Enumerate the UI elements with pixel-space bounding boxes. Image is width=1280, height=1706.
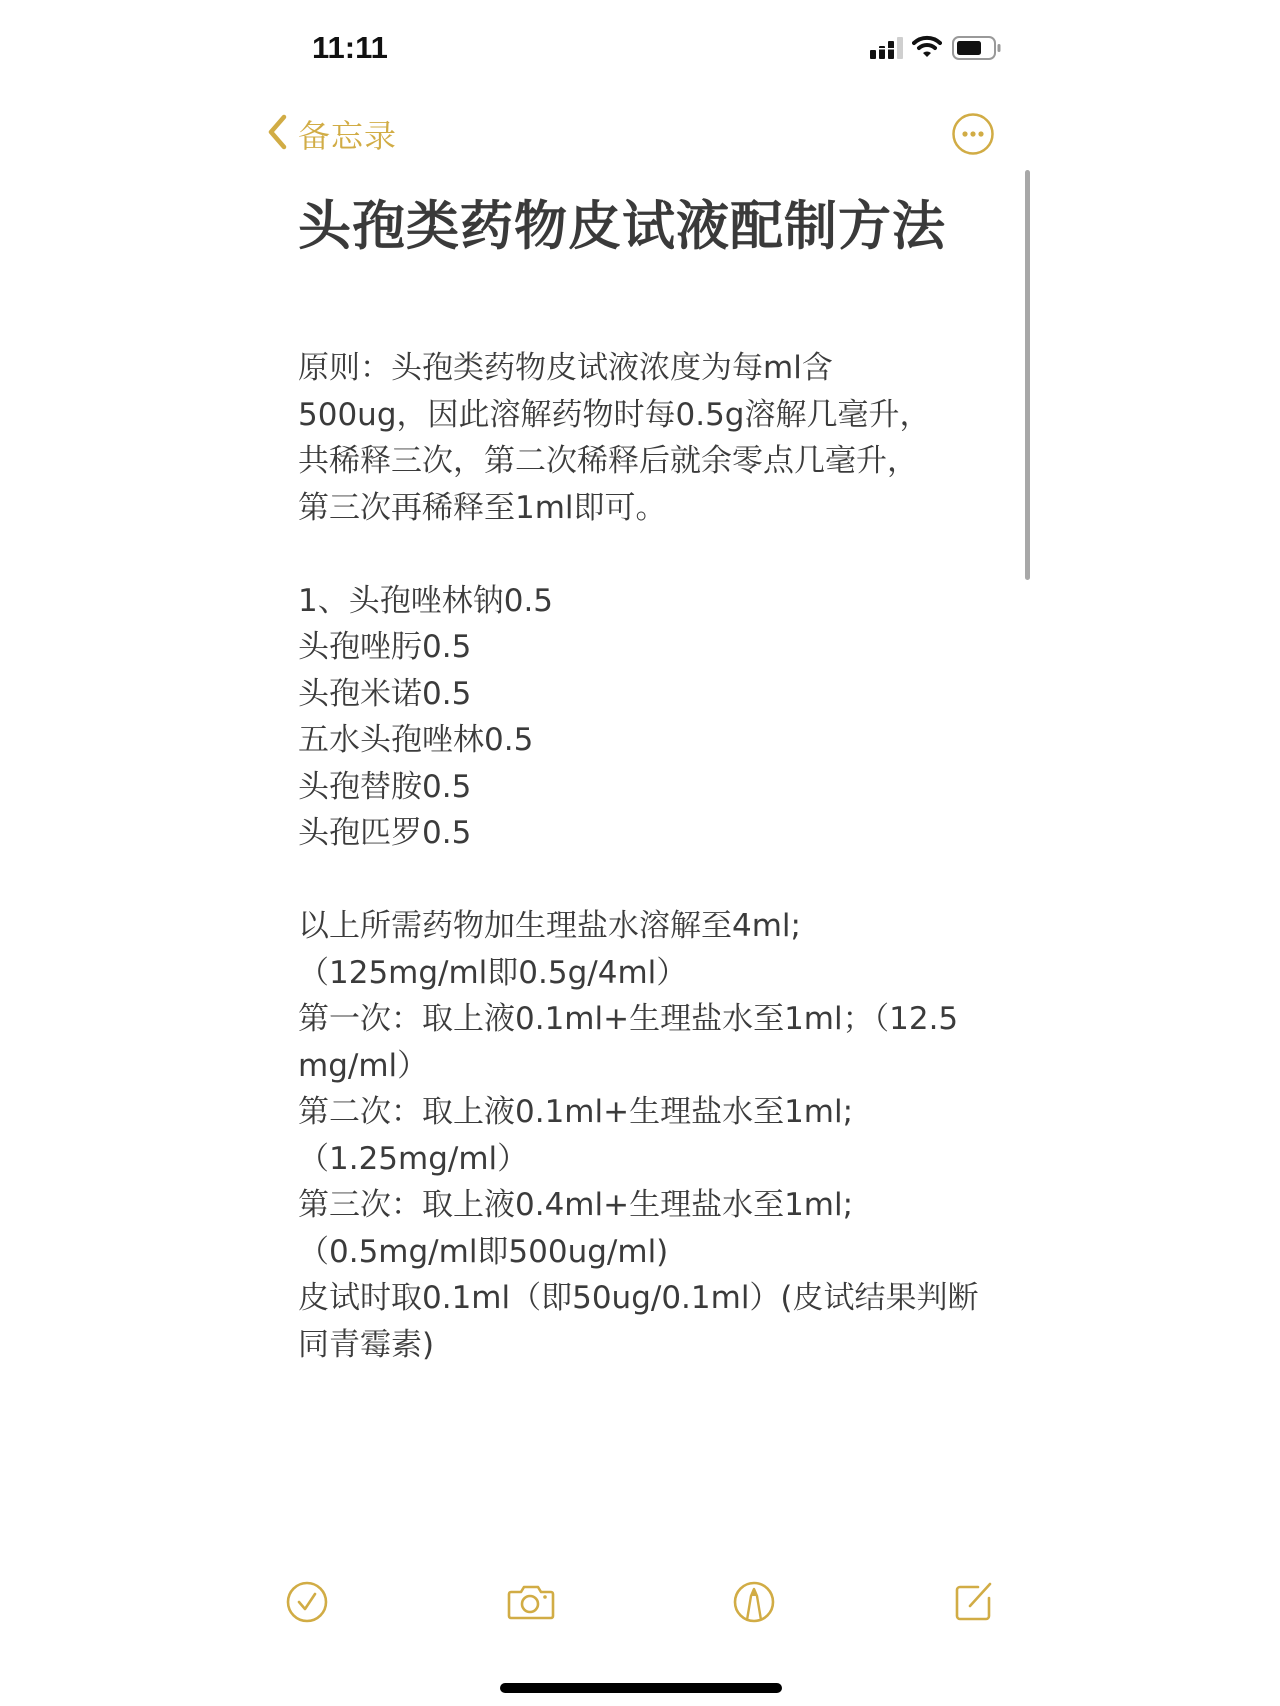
- text-line: 第一次：取上液0.1ml+生理盐水至1ml；（12.5: [298, 996, 998, 1043]
- procedure-paragraph: 以上所需药物加生理盐水溶解至4ml; （125mg/ml即0.5g/4ml） 第…: [298, 903, 998, 1368]
- home-indicator[interactable]: [500, 1683, 782, 1693]
- more-ellipsis-circle-icon: [951, 141, 995, 160]
- list-item: 头孢唑肟0.5: [298, 624, 998, 671]
- list-item: 五水头孢唑林0.5: [298, 717, 998, 764]
- note-title[interactable]: 头孢类药物皮试液配制方法: [298, 184, 946, 260]
- wifi-icon: [912, 35, 942, 59]
- blank-line: [298, 857, 998, 904]
- list-item: 头孢米诺0.5: [298, 671, 998, 718]
- status-time: 11:11: [312, 30, 388, 66]
- note-body[interactable]: 原则：头孢类药物皮试液浓度为每ml含 500ug，因此溶解药物时每0.5g溶解几…: [298, 345, 998, 1368]
- compose-note-icon: [950, 1611, 998, 1630]
- battery-icon: [952, 36, 1002, 60]
- chevron-left-icon: [266, 114, 288, 154]
- blank-line: [298, 531, 998, 578]
- list-item: 头孢匹罗0.5: [298, 810, 998, 857]
- checklist-circle-icon: [283, 1611, 331, 1630]
- text-line: （0.5mg/ml即500ug/ml): [298, 1229, 998, 1276]
- back-button[interactable]: 备忘录: [266, 112, 397, 156]
- principle-paragraph: 原则：头孢类药物皮试液浓度为每ml含 500ug，因此溶解药物时每0.5g溶解几…: [298, 345, 998, 531]
- camera-icon: [506, 1611, 556, 1630]
- text-line: 原则：头孢类药物皮试液浓度为每ml含: [298, 345, 998, 392]
- text-line: （125mg/ml即0.5g/4ml）: [298, 950, 998, 997]
- cellular-signal-icon: [870, 37, 904, 59]
- scrollbar[interactable]: [1025, 170, 1030, 580]
- checklist-button[interactable]: [283, 1578, 331, 1626]
- back-label: 备忘录: [298, 111, 397, 157]
- text-line: mg/ml）: [298, 1043, 998, 1090]
- text-line: 以上所需药物加生理盐水溶解至4ml;: [298, 903, 998, 950]
- markup-pen-icon: [730, 1611, 778, 1630]
- text-line: 第二次：取上液0.1ml+生理盐水至1ml;: [298, 1089, 998, 1136]
- text-line: 共稀释三次，第二次稀释后就余零点几毫升，: [298, 438, 998, 485]
- text-line: （1.25mg/ml）: [298, 1136, 998, 1183]
- compose-button[interactable]: [950, 1578, 998, 1626]
- markup-button[interactable]: [730, 1578, 778, 1626]
- text-line: 第三次再稀释至1ml即可。: [298, 485, 998, 532]
- drug-list: 1、头孢唑林钠0.5 头孢唑肟0.5 头孢米诺0.5 五水头孢唑林0.5 头孢替…: [298, 578, 998, 857]
- more-button[interactable]: [951, 112, 995, 156]
- text-line: 500ug，因此溶解药物时每0.5g溶解几毫升，: [298, 392, 998, 439]
- list-item: 1、头孢唑林钠0.5: [298, 578, 998, 625]
- camera-button[interactable]: [506, 1578, 554, 1626]
- list-item: 头孢替胺0.5: [298, 764, 998, 811]
- text-line: 同青霉素): [298, 1322, 998, 1369]
- text-line: 第三次：取上液0.4ml+生理盐水至1ml;: [298, 1182, 998, 1229]
- text-line: 皮试时取0.1ml（即50ug/0.1ml）(皮试结果判断: [298, 1275, 998, 1322]
